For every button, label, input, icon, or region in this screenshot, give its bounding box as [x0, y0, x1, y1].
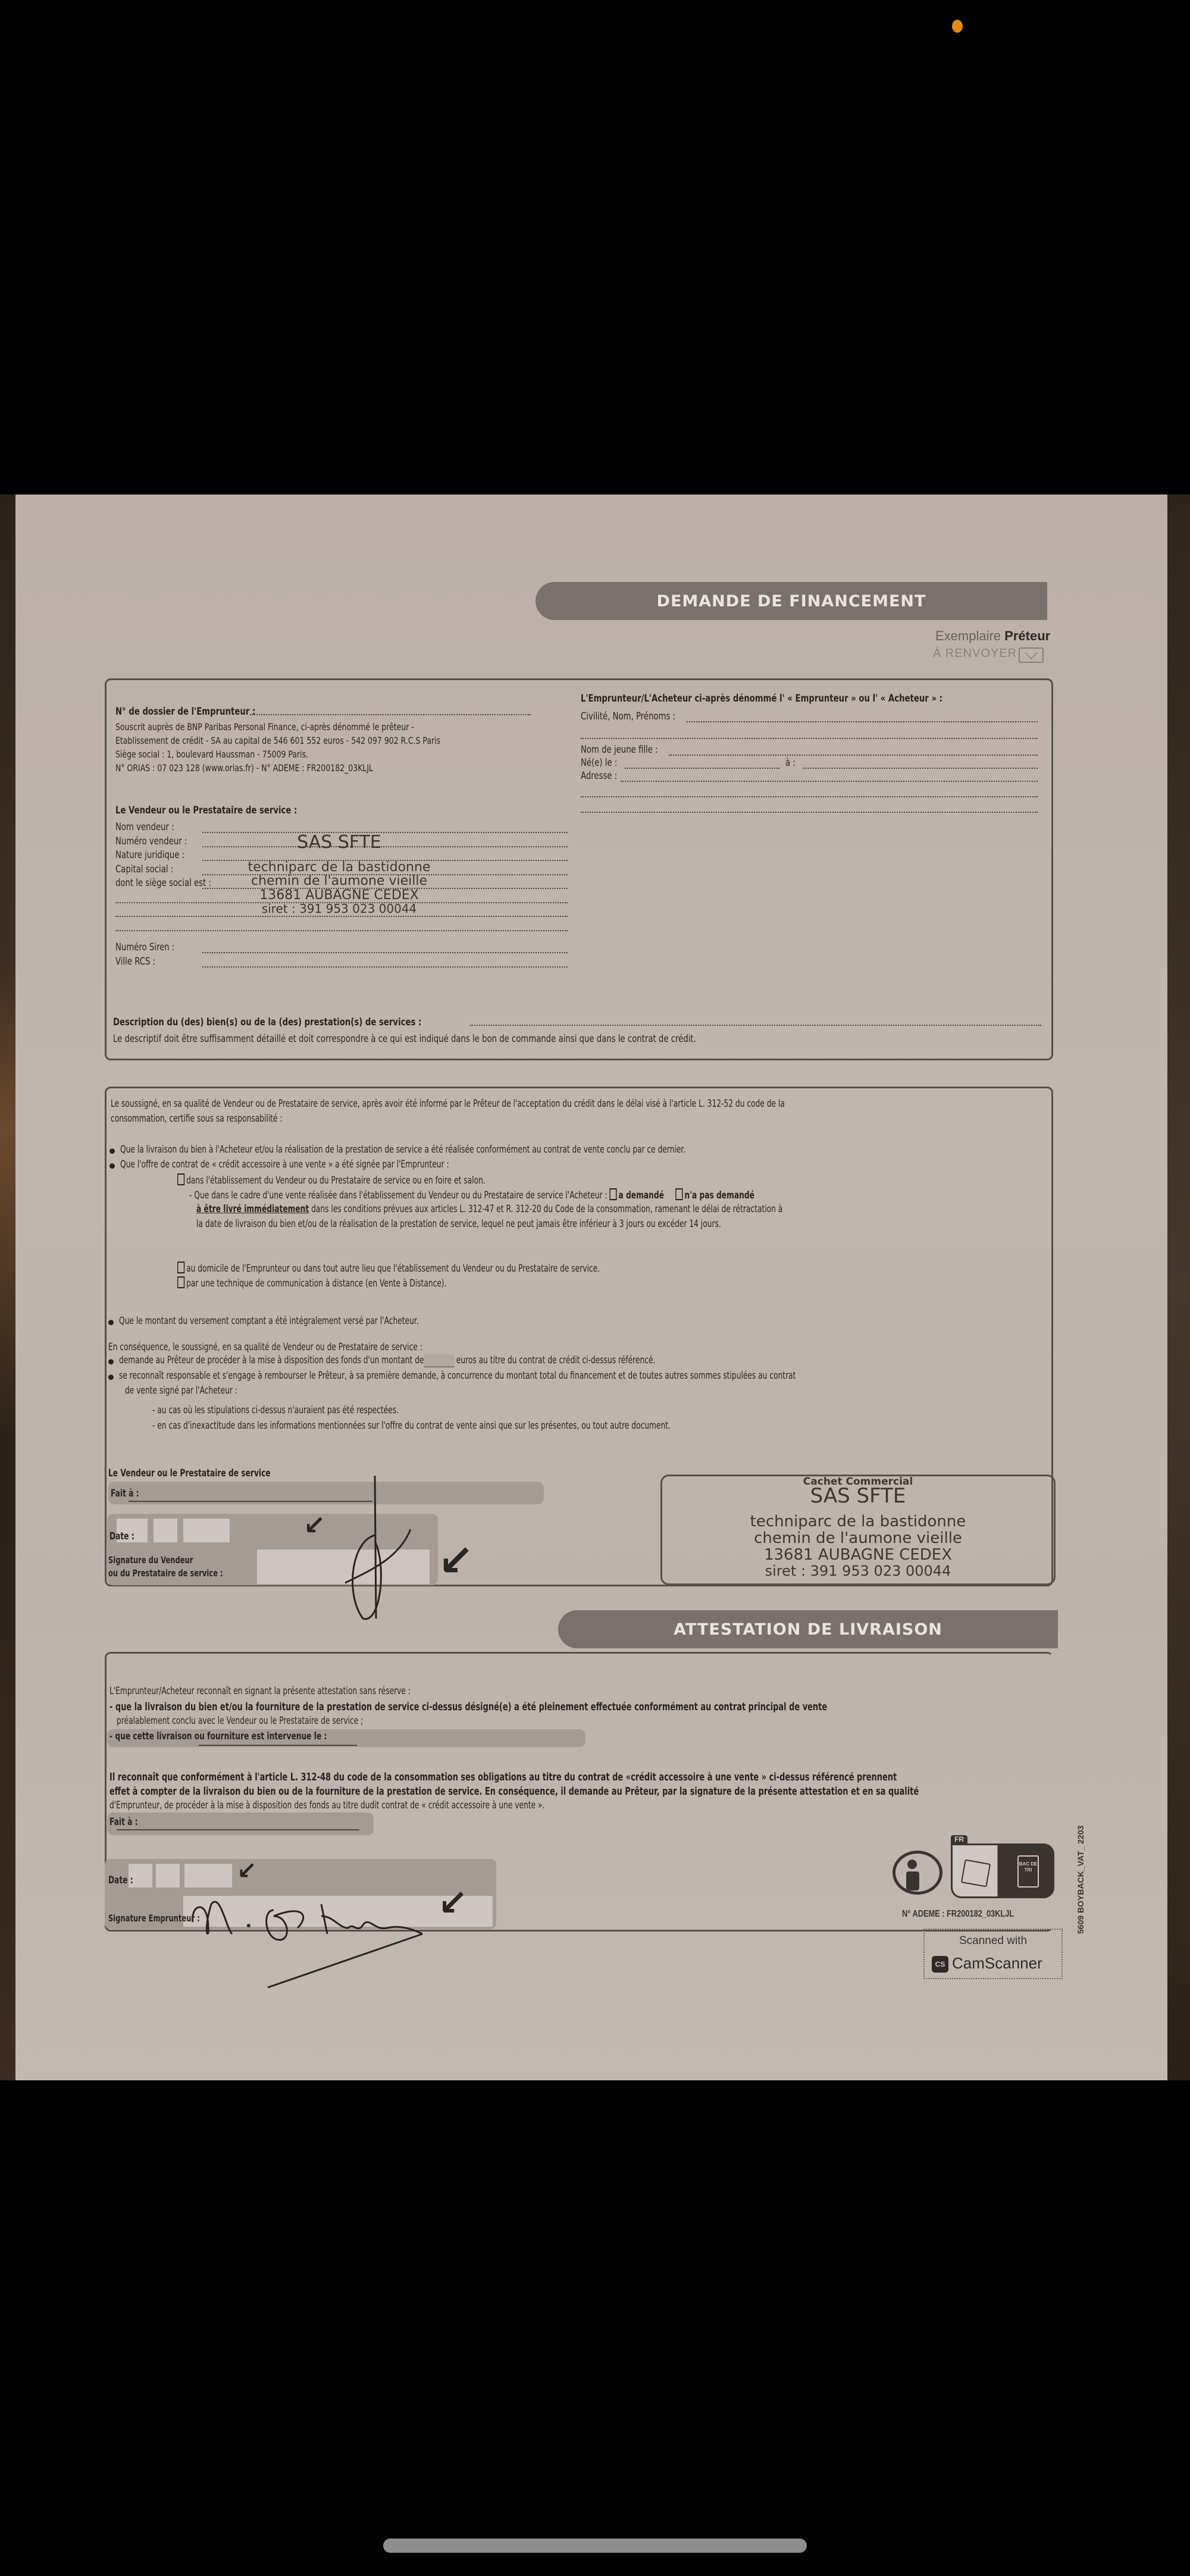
- borrower-heading: L'Emprunteur/L'Acheteur ci-après dénommé…: [581, 693, 942, 705]
- attestation-paragraph: effet à compter de la livraison du bien …: [109, 1785, 919, 1798]
- attestation-paragraph: Il reconnaît que conformément à l'articl…: [109, 1771, 897, 1783]
- option-establishment-label: dans l'établissement du Vendeur ou du Pr…: [186, 1175, 486, 1187]
- vendor-field-label: Capital social :: [115, 863, 173, 875]
- return-label: À RENVOYER: [933, 647, 1017, 661]
- vendor-signature-icon: [333, 1476, 422, 1630]
- date-label: Date :: [108, 1874, 133, 1886]
- bullet-icon: [109, 1163, 115, 1169]
- stamp-line: 13681 AUBAGNE CEDEX: [660, 1546, 1056, 1564]
- stamp-line: siret : 391 953 023 00044: [660, 1563, 1056, 1579]
- vendor-field-label: Numéro Siren :: [115, 941, 174, 953]
- option-distance-label: par une technique de communication à dis…: [186, 1278, 446, 1289]
- borrower-field-input[interactable]: [621, 781, 1038, 782]
- sub-line: la date de livraison du bien et/ou de la…: [196, 1218, 721, 1230]
- signature-label: ou du Prestataire de service :: [108, 1567, 223, 1579]
- stamp-company: SAS SFTE: [660, 1484, 1056, 1508]
- description-field[interactable]: [470, 1025, 1041, 1026]
- borrower-signature-icon: [184, 1892, 446, 1993]
- vendor-field-label: Numéro vendeur :: [115, 835, 187, 847]
- amount-field[interactable]: [424, 1354, 454, 1367]
- vendor-field-value: chemin de l'aumone vieille: [220, 874, 458, 888]
- fait-a-field[interactable]: [117, 1829, 359, 1830]
- status-indicator-dot: [952, 20, 963, 33]
- attestation-line: préalablement conclu avec le Vendeur ou …: [117, 1715, 363, 1727]
- vendor-field-input[interactable]: [202, 966, 568, 968]
- vendor-field-label: Nom vendeur :: [115, 821, 174, 833]
- camscanner-watermark: Scanned with CS CamScanner: [923, 1929, 1063, 1979]
- borrower-field-label: Nom de jeune fille :: [581, 744, 658, 756]
- bullet-icon: [108, 1320, 114, 1325]
- arrow-down-left-icon: ↙: [303, 1513, 325, 1539]
- sub-line-prefix: - Que dans le cadre d'une vente réalisée…: [189, 1190, 607, 1201]
- bullet-funds-request: demande au Prêteur de procéder à la mise…: [119, 1354, 655, 1367]
- signature-label: Signature du Vendeur: [108, 1554, 193, 1566]
- borrower-field-input[interactable]: [581, 812, 1038, 813]
- arrow-down-left-icon: ↙: [438, 1539, 474, 1582]
- camscanner-logo-icon: CS: [932, 1956, 948, 1973]
- vendor-field-input[interactable]: [202, 952, 568, 953]
- dash-item: - au cas où les stipulations ci-dessus n…: [152, 1404, 399, 1416]
- envelope-icon: [1019, 647, 1044, 663]
- borrower-field-input[interactable]: [581, 738, 1038, 739]
- checkbox-establishment[interactable]: [177, 1173, 184, 1185]
- vendor-field-value: siret : 391 953 023 00044: [220, 902, 458, 916]
- borrower-field-label: Adresse :: [581, 770, 617, 782]
- birth-place-label: à :: [785, 757, 796, 769]
- borrower-field-label: Né(e) le :: [581, 757, 617, 769]
- vendor-field-label: Nature juridique :: [115, 849, 184, 861]
- immediate-delivery-text: à être livré immédiatement: [196, 1203, 309, 1215]
- stamp-line: chemin de l'aumone vieille: [660, 1529, 1056, 1547]
- funds-request-text: demande au Prêteur de procéder à la mise…: [119, 1354, 424, 1366]
- lender-line: Siège social : 1, boulevard Haussman - 7…: [115, 749, 308, 760]
- attestation-paragraph: d'Emprunteur, de procéder à la mise à di…: [109, 1799, 544, 1811]
- borrower-field-label: Civilité, Nom, Prénoms :: [581, 710, 675, 722]
- date-year-field[interactable]: [184, 1864, 232, 1888]
- bullet-responsibility: se reconnaît responsable et s'engage à r…: [119, 1370, 796, 1382]
- copy-label-bold: Préteur: [1004, 628, 1050, 643]
- date-month-field[interactable]: [156, 1864, 180, 1888]
- description-label: Description du (des) bien(s) ou de la (d…: [113, 1016, 421, 1028]
- sub-line: à être livré immédiatement dans les cond…: [196, 1203, 782, 1215]
- option-distance: par une technique de communication à dis…: [177, 1276, 447, 1289]
- bullet-payment: Que le montant du versement comptant a é…: [119, 1315, 419, 1327]
- intro-line: Le soussigné, en sa qualité de Vendeur o…: [111, 1098, 785, 1110]
- vendor-field-value: techniparc de la bastidonne: [220, 860, 458, 875]
- photo-edge-left: [0, 494, 15, 2080]
- bullet-icon: [108, 1375, 114, 1380]
- option-home: au domicile de l'Emprunteur ou dans tout…: [177, 1262, 600, 1275]
- scanned-with-text: Scanned with: [925, 1935, 1061, 1948]
- photo-edge-right: [1167, 494, 1190, 2080]
- camscanner-name: CamScanner: [952, 1954, 1042, 1973]
- copy-label: Exemplaire Préteur: [935, 628, 1050, 644]
- dash-item: - en cas d'inexactitude dans les informa…: [152, 1420, 671, 1432]
- date-month-field[interactable]: [154, 1519, 177, 1542]
- funds-request-suffix: euros au titre du contrat de crédit ci-d…: [456, 1354, 656, 1366]
- title-banner: DEMANDE DE FINANCEMENT: [535, 582, 1047, 620]
- laptop-icon: [961, 1859, 991, 1887]
- option-home-label: au domicile de l'Emprunteur ou dans tout…: [186, 1263, 600, 1275]
- recycling-bin-icon: BAC DE TRI: [1017, 1855, 1039, 1888]
- ademe-number: N° ADEME : FR200182_03KLJL: [902, 1909, 1014, 1920]
- consequence-text: En conséquence, le soussigné, en sa qual…: [108, 1341, 422, 1353]
- birth-date-field[interactable]: [625, 768, 779, 769]
- lender-line: N° ORIAS : 07 023 128 (www.orias.fr) - N…: [115, 762, 373, 774]
- triman-recycling-icon: [892, 1851, 942, 1895]
- bullet-delivery: Que la livraison du bien à l'Acheteur et…: [120, 1144, 685, 1156]
- date-label: Date :: [109, 1530, 134, 1542]
- dossier-field[interactable]: [250, 714, 531, 715]
- bullet-icon: [108, 1359, 114, 1364]
- delivery-date-field[interactable]: [199, 1745, 357, 1746]
- bullet-offer-signed: Que l'offre de contrat de « crédit acces…: [120, 1159, 449, 1170]
- sub-line-rest: dans les conditions prévues aux articles…: [309, 1203, 782, 1215]
- checkbox-distance[interactable]: [177, 1276, 184, 1288]
- bullet-responsibility-cont: de vente signé par l'Acheteur :: [125, 1385, 237, 1397]
- intro-line: consommation, certifie sous sa responsab…: [111, 1113, 283, 1125]
- bullet-icon: [109, 1148, 115, 1154]
- attestation-line: - que la livraison du bien et/ou la four…: [109, 1701, 827, 1713]
- date-year-field[interactable]: [183, 1519, 230, 1542]
- fait-a-area: [107, 1813, 374, 1835]
- title-banner-text: DEMANDE DE FINANCEMENT: [657, 592, 926, 611]
- option-a-demande: a demandé: [619, 1190, 664, 1201]
- dossier-label: N° de dossier de l'Emprunteur :: [115, 706, 255, 718]
- home-indicator[interactable]: [383, 2539, 807, 2553]
- sub-line: - Que dans le cadre d'une vente réalisée…: [189, 1188, 754, 1201]
- borrower-field-input[interactable]: [581, 796, 1038, 797]
- borrower-field-input[interactable]: [687, 721, 1038, 722]
- description-note: Le descriptif doit être suffisamment dét…: [113, 1033, 696, 1045]
- vendor-sign-heading: Le Vendeur ou le Prestataire de service: [108, 1467, 271, 1479]
- vendor-field-value: 13681 AUBAGNE CEDEX: [220, 888, 458, 903]
- checkbox-home[interactable]: [177, 1262, 184, 1273]
- attestation-banner: ATTESTATION DE LIVRAISON: [558, 1610, 1058, 1648]
- checkbox-na-pas-demande[interactable]: [675, 1188, 682, 1200]
- fait-a-label: Fait à :: [111, 1488, 139, 1500]
- form-code: 5609 BOYBACK_VAT_ 2203: [1076, 1826, 1085, 1934]
- checkbox-a-demande[interactable]: [609, 1188, 616, 1200]
- arrow-down-left-icon: ↙: [237, 1859, 257, 1883]
- lender-line: Etablissement de crédit - SA au capital …: [115, 735, 440, 746]
- vendor-field-input[interactable]: [115, 930, 568, 931]
- attestation-banner-text: ATTESTATION DE LIVRAISON: [674, 1620, 942, 1639]
- borrower-field-input[interactable]: [669, 755, 1038, 756]
- vendor-field-label: dont le siège social est :: [115, 877, 211, 889]
- copy-label-prefix: Exemplaire: [935, 628, 1001, 643]
- option-establishment: dans l'établissement du Vendeur ou du Pr…: [177, 1173, 486, 1187]
- attestation-line: - que cette livraison ou fourniture est …: [109, 1730, 327, 1742]
- fait-a-label: Fait à :: [109, 1816, 138, 1828]
- vendor-field-value: SAS SFTE: [220, 832, 458, 853]
- vendor-field-label: Ville RCS :: [115, 956, 155, 968]
- stamp-line: techniparc de la bastidonne: [660, 1513, 1056, 1530]
- vendor-field-input[interactable]: [115, 916, 568, 917]
- attestation-intro: L'Emprunteur/Acheteur reconnaît en signa…: [109, 1685, 411, 1697]
- option-na-pas-demande: n'a pas demandé: [684, 1190, 754, 1201]
- vendor-heading: Le Vendeur ou le Prestataire de service …: [115, 805, 297, 816]
- lender-line: Souscrit auprès de BNP Paribas Personal …: [115, 721, 414, 733]
- birth-place-field[interactable]: [803, 768, 1038, 769]
